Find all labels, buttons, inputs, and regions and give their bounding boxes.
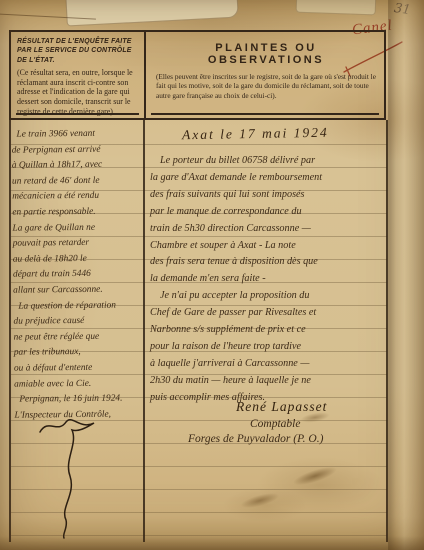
handwritten-line: un retard de 46' dont le <box>12 173 142 190</box>
header-rule <box>16 113 139 115</box>
handwritten-line: au delà de 18h20 le <box>13 251 143 268</box>
plaintes-note: (Elles peuvent être inscrites sur le reg… <box>156 72 376 100</box>
inspector-signature <box>22 416 132 540</box>
torn-paper-fragment <box>296 0 377 15</box>
result-title: RÉSULTAT DE L'ENQUÊTE FAITE PAR LE SERVI… <box>17 37 139 65</box>
handwritten-line: La question de réparation <box>13 298 143 315</box>
handwritten-line: la demande m'en sera faite - <box>150 271 396 288</box>
handwritten-line: Narbonne s/s supplément de prix et ce <box>150 322 396 339</box>
handwritten-line: amiable avec la Cie. <box>14 376 144 393</box>
inspection-result-entry: Le train 3966 venant de Perpignan est ar… <box>11 126 144 424</box>
torn-paper-fragment <box>65 0 238 26</box>
handwritten-line: ou à défaut d'entente <box>14 360 144 377</box>
plaintes-title: PLAINTES OU OBSERVATIONS <box>156 42 376 66</box>
page-number: 31 <box>393 1 411 18</box>
handwritten-line: par le manque de correspondance du <box>150 204 396 221</box>
handwritten-line: Chef de Gare de passer par Rivesaltes et <box>150 305 396 322</box>
signature-role: Comptable <box>250 418 300 430</box>
handwritten-line: à Quillan à 18h17, avec <box>12 158 142 175</box>
register-page: 31 Canel RÉSULTAT DE L'ENQUÊTE FAITE PAR… <box>0 0 424 550</box>
handwritten-line: Le train 3966 venant <box>11 126 141 143</box>
handwritten-line: la gare d'Axat demande le remboursement <box>150 170 396 187</box>
header-rule <box>151 113 379 115</box>
complaint-entry: Le porteur du billet 06758 délivré par l… <box>150 153 396 407</box>
handwritten-line: pouvait pas retarder <box>13 235 143 252</box>
header-box: RÉSULTAT DE L'ENQUÊTE FAITE PAR LE SERVI… <box>9 30 386 120</box>
handwritten-line: des frais sera tenue à disposition dès q… <box>150 254 396 271</box>
handwritten-line: des frais suivants qui lui sont imposés <box>150 187 396 204</box>
handwritten-line: ne peut être réglée que <box>14 329 144 346</box>
left-border-rule <box>9 120 11 542</box>
header-result-cell: RÉSULTAT DE L'ENQUÊTE FAITE PAR LE SERVI… <box>11 32 146 118</box>
handwritten-line: La gare de Quillan ne <box>12 220 142 237</box>
handwritten-line: mécanicien a été rendu <box>12 189 142 206</box>
header-plaintes-cell: PLAINTES OU OBSERVATIONS (Elles peuvent … <box>146 32 384 118</box>
handwritten-line: par les tribunaux, <box>14 345 144 362</box>
handwritten-line: du préjudice causé <box>13 313 143 330</box>
handwritten-line: pour la raison de l'heure trop tardive <box>150 339 396 356</box>
result-note: (Ce résultat sera, en outre, lorsque le … <box>17 68 139 116</box>
signature-organization: Forges de Puyvalador (P. O.) <box>188 433 323 445</box>
handwritten-line: départ du train 5446 <box>13 267 143 284</box>
handwritten-line: 2h30 du matin — heure à laquelle je ne <box>150 373 396 390</box>
handwritten-line: Chambre et souper à Axat - La note <box>150 238 396 255</box>
handwritten-line: Je n'ai pu accepter la proposition du <box>150 288 396 305</box>
handwritten-line: train de 5h30 direction Carcassonne — <box>150 221 396 238</box>
handwritten-line: de Perpignan est arrivé <box>12 142 142 159</box>
handwritten-line: allant sur Carcassonne. <box>13 282 143 299</box>
handwritten-line: Le porteur du billet 06758 délivré par <box>150 153 396 170</box>
handwritten-line: à laquelle j'arriverai à Carcassonne — <box>150 356 396 373</box>
entry-date: Axat le 17 mai 1924 <box>182 125 329 144</box>
entry-dateline: Perpignan, le 16 juin 1924. <box>14 391 144 408</box>
handwritten-line: en partie responsable. <box>12 204 142 221</box>
